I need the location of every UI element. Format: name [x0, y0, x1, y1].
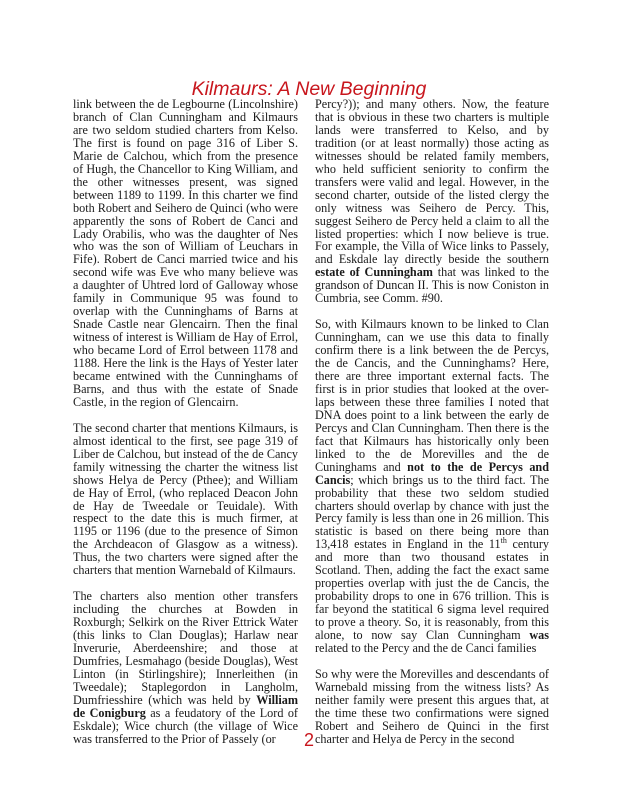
right-column: Percy?)); and many others. Now, the feat…	[315, 98, 549, 746]
paragraph-charter-two: The second charter that mentions Kilmaur…	[73, 422, 298, 577]
left-column: link between the de Legbourne (Lincolnsh…	[73, 98, 298, 746]
paragraph-probability: So, with Kilmaurs known to be linked to …	[315, 318, 549, 655]
text-run: related to the Percy and the de Canci fa…	[315, 641, 536, 655]
paragraph-other-transfers: The charters also mention other transfer…	[73, 590, 298, 745]
text-run: century and more than two thousand estat…	[315, 537, 549, 642]
text-run: The charters also mention other transfer…	[73, 589, 298, 707]
text-run: Percy?)); and many others. Now, the feat…	[315, 97, 549, 266]
bold-estate-of-cunningham: estate of Cunningham	[315, 265, 433, 279]
page-number: 2	[0, 730, 618, 751]
paragraph-witness-feature: Percy?)); and many others. Now, the feat…	[315, 98, 549, 305]
text-run: So, with Kilmaurs known to be linked to …	[315, 317, 549, 473]
paragraph-charter-one: link between the de Legbourne (Lincolnsh…	[73, 98, 298, 409]
bold-was: was	[529, 628, 549, 642]
